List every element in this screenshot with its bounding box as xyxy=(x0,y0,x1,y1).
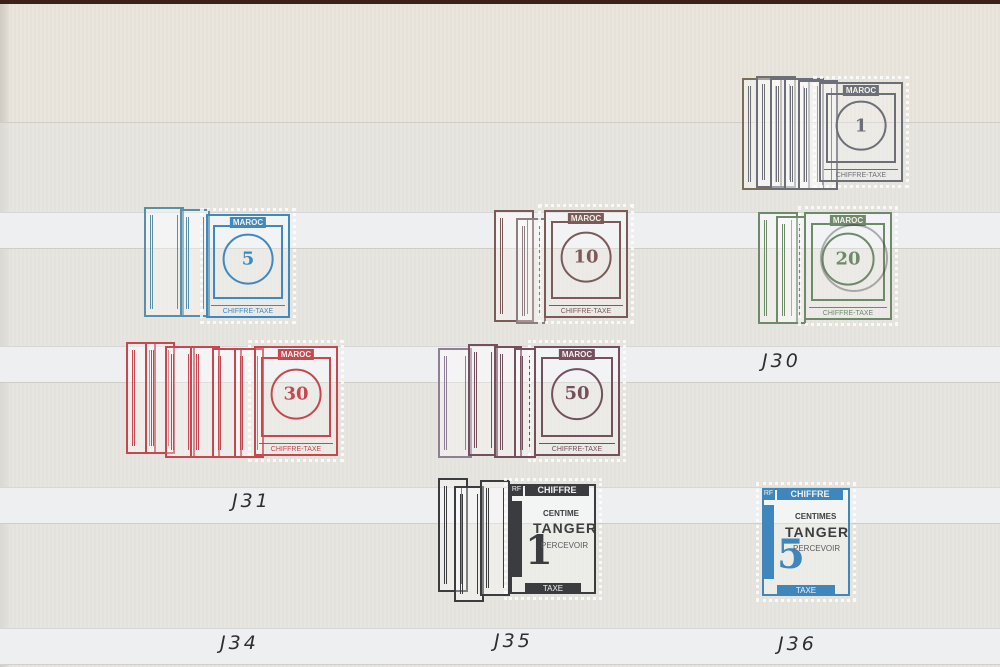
stamp-tanger-5: RF CHIFFRE 5 CENTIMES TANGER PERCEVOIR T… xyxy=(756,482,856,602)
stamp-maroc-10: MAROC 10 CHIFFRE-TAXE xyxy=(538,204,634,324)
stamp-overlap xyxy=(144,207,184,317)
catalog-label-j30: J30 xyxy=(762,350,801,372)
postmark xyxy=(820,224,888,292)
stamp-maroc-1: MAROC 1 CHIFFRE-TAXE xyxy=(813,76,909,188)
catalog-label-j31: J31 xyxy=(232,490,271,512)
stamp-maroc-30: MAROC 30 CHIFFRE-TAXE xyxy=(248,340,344,462)
stamp-maroc-5: MAROC 5 CHIFFRE-TAXE xyxy=(200,208,296,324)
stamp-overlap xyxy=(438,348,472,458)
stock-book-page: MAROC 1 CHIFFRE-TAXE MAROC 5 CHIFFRE-TAX… xyxy=(0,4,1000,667)
catalog-label-j35: J35 xyxy=(494,630,533,652)
catalog-label-j36: J36 xyxy=(778,633,817,655)
stamp-maroc-50: MAROC 50 CHIFFRE-TAXE xyxy=(528,340,626,462)
catalog-label-j34: J34 xyxy=(220,632,259,654)
stamp-tanger-1: RF CHIFFRE 1 CENTIME TANGER PERCEVOIR TA… xyxy=(504,478,602,600)
